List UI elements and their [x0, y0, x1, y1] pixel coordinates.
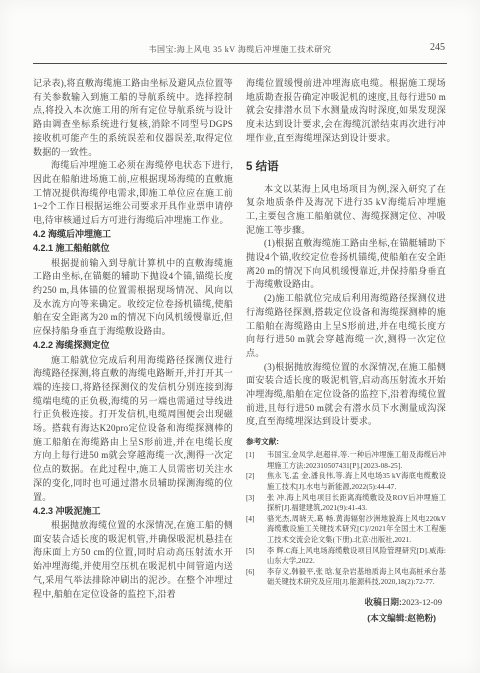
page-number: 245: [430, 42, 445, 53]
body-paragraph: 施工船就位完成后利用海缆路径探测仪进行海缆路径探测,将直敷的海缆电路断开,并打开…: [33, 354, 233, 505]
subsubsection-heading: 4.2.3 冲吸泥施工: [33, 505, 233, 519]
body-paragraph: (2)施工船就位完成后利用海缆路径探测仪进行海缆路径探测,搭载定位设备和海缆探测…: [246, 292, 446, 361]
subsubsection-heading: 4.2.2 海缆探测定位: [33, 339, 233, 353]
reference-number: [3]: [246, 493, 260, 514]
header-rule: [33, 63, 447, 64]
reference-item: [4]骆光杰,周晓天,葛 畅.黄海辐射沙洲地貌海上风电220kV海缆敷设施工关键…: [246, 514, 446, 546]
body-paragraph: 海缆位置缓慢前进冲埋海底电缆。根据施工现场地质勘查报告确定冲吸泥机的速度,且每行…: [246, 77, 446, 146]
right-column: 海缆位置缓慢前进冲埋海底电缆。根据施工现场地质勘查报告确定冲吸泥机的速度,且每行…: [246, 77, 446, 624]
reference-number: [2]: [246, 471, 260, 492]
body-paragraph: 根据抛放海缆位置的水深情况,在施工船的侧面安装合适长度的吸泥机管,并确保吸泥机悬…: [33, 519, 233, 601]
subsubsection-heading: 4.2.1 施工船舶就位: [33, 242, 233, 256]
received-date-value: 2023-12-09: [402, 597, 442, 607]
editor-note: (本文编辑:赵艳粉): [246, 612, 446, 624]
body-paragraph: 根据提前输入到导航计算机中的直敷海缆施工路由坐标,在锚艇的辅助下抛设4个锚,锚缆…: [33, 257, 233, 339]
reference-text: 李存义,韩毅平,张 晗.复杂岩基地质海上风电高桩承台基础关键技术研究及应用[J]…: [267, 567, 446, 588]
reference-text: 李 辉.C海上风电场海缆敷设项目风险管理研究[D].威海:山东大学,2022.: [267, 546, 446, 567]
subsection-heading: 4.2 海缆后冲埋施工: [33, 228, 233, 242]
body-paragraph: 海缆后冲埋施工必须在海缆停电状态下进行,因此在船舶进场施工前,应根据现场海缆的直…: [33, 159, 233, 228]
reference-item: [3]张 冲.海上风电项目长距离海缆敷设及ROV后冲埋施工探析[J].福建建筑,…: [246, 493, 446, 514]
section-heading: 5 结语: [246, 158, 446, 174]
reference-text: 韦国宝,金凤学,赵超祥,等.一种后冲埋施工船及海缆后冲埋施工方法:2023105…: [267, 450, 446, 471]
references-heading: 参考文献:: [246, 436, 446, 447]
reference-number: [4]: [246, 514, 260, 546]
reference-number: [6]: [246, 567, 260, 588]
received-date-label: 收稿日期:: [365, 597, 402, 607]
body-paragraph: 本文以某海上风电场项目为例,深入研究了在复杂地质条件及海况下进行35 kV海缆后…: [246, 183, 446, 238]
left-column: 记录表),将直敷海缆施工路由坐标及避风点位置等有关参数输入到施工船的导航系统中。…: [33, 77, 233, 624]
body-paragraph: 记录表),将直敷海缆施工路由坐标及避风点位置等有关参数输入到施工船的导航系统中。…: [33, 77, 233, 159]
reference-item: [6]李存义,韩毅平,张 晗.复杂岩基地质海上风电高桩承台基础关键技术研究及应用…: [246, 567, 446, 588]
reference-number: [1]: [246, 450, 260, 471]
reference-text: 焦永飞,孟 金,潘良伟,等.海上风电场35 kV海底电缆敷设施工技术[J].水电…: [267, 471, 446, 492]
body-paragraph: (1)根据直敷海缆施工路由坐标,在锚艇辅助下抛设4个锚,收绞定位卷扬机锚缆,使船…: [246, 237, 446, 292]
reference-text: 骆光杰,周晓天,葛 畅.黄海辐射沙洲地貌海上风电220kV海缆敷设施工关键技术研…: [267, 514, 446, 546]
reference-item: [1]韦国宝,金凤学,赵超祥,等.一种后冲埋施工船及海缆后冲埋施工方法:2023…: [246, 450, 446, 471]
reference-number: [5]: [246, 546, 260, 567]
body-paragraph: (3)根据抛放海缆位置的水深情况,在施工船侧面安装合适长度的吸泥机管,启动高压射…: [246, 361, 446, 430]
paper-page: 韦国宝:海上风电 35 kV 海缆后冲埋施工技术研究 245 记录表),将直敷海…: [0, 0, 480, 673]
page-header: 韦国宝:海上风电 35 kV 海缆后冲埋施工技术研究 245: [33, 44, 447, 56]
reference-item: [2]焦永飞,孟 金,潘良伟,等.海上风电场35 kV海底电缆敷设施工技术[J]…: [246, 471, 446, 492]
reference-item: [5]李 辉.C海上风电场海缆敷设项目风险管理研究[D].威海:山东大学,202…: [246, 546, 446, 567]
running-title: 韦国宝:海上风电 35 kV 海缆后冲埋施工技术研究: [33, 44, 447, 55]
reference-text: 张 冲.海上风电项目长距离海缆敷设及ROV后冲埋施工探析[J].福建建筑,202…: [267, 493, 446, 514]
received-date-line: 收稿日期:2023-12-09: [246, 596, 446, 608]
two-column-body: 记录表),将直敷海缆施工路由坐标及避风点位置等有关参数输入到施工船的导航系统中。…: [33, 77, 447, 624]
